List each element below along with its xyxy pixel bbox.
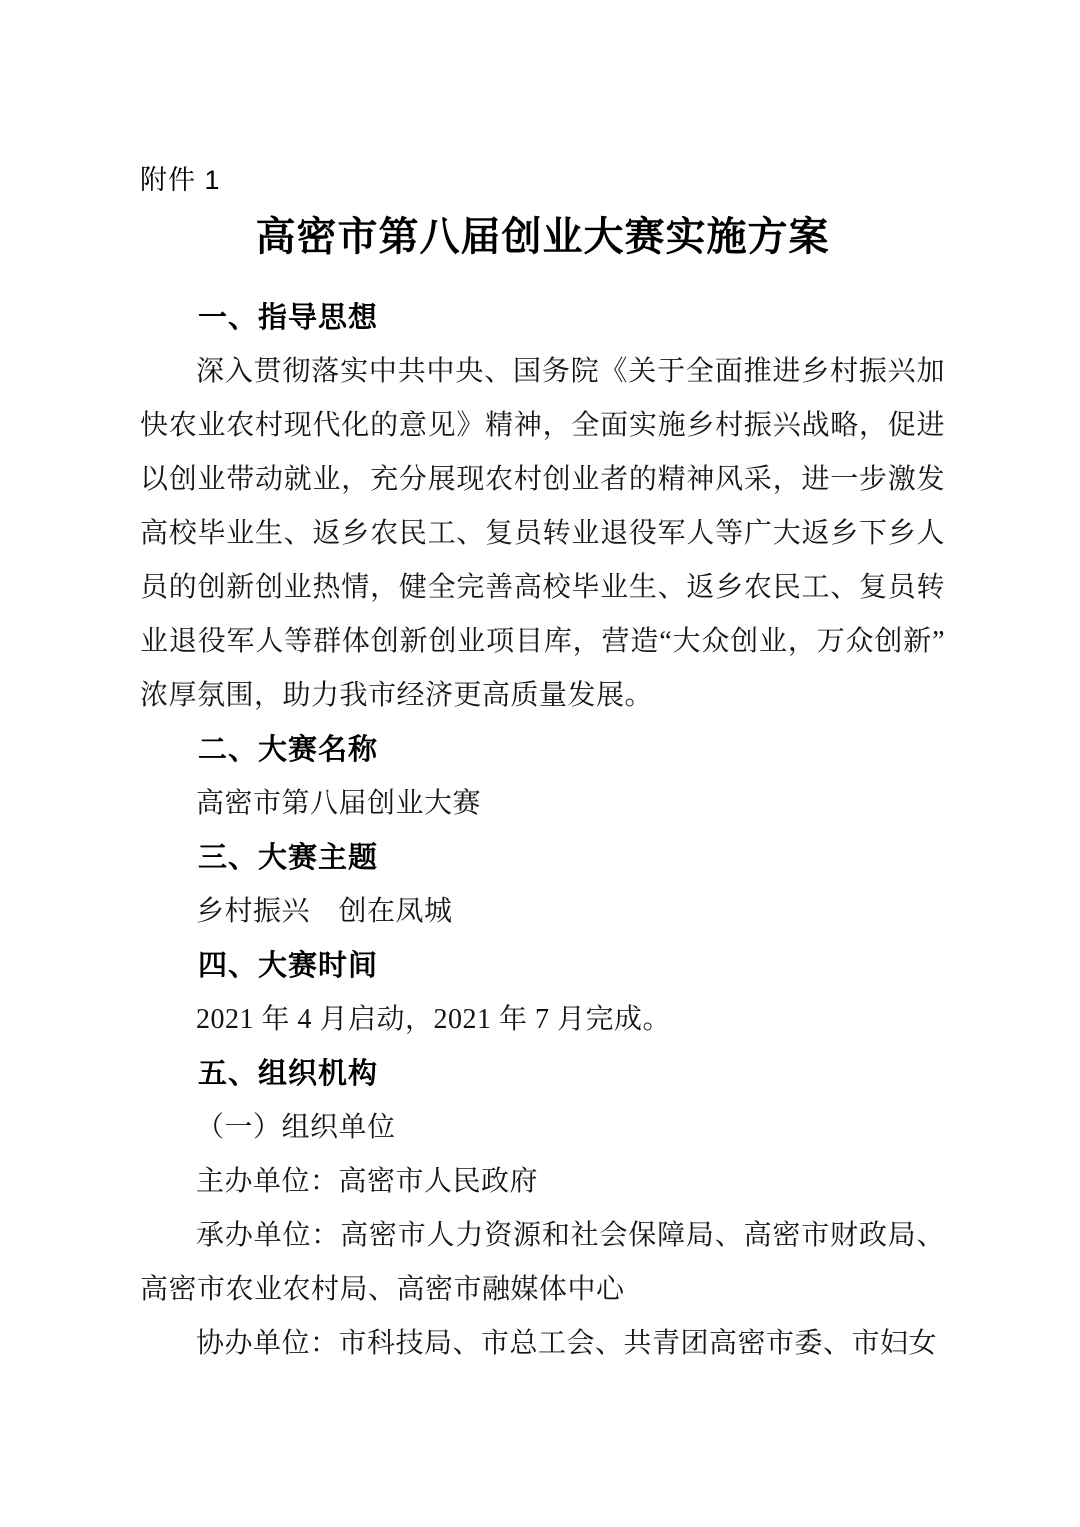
section-heading-competition-name: 二、大赛名称 — [140, 723, 945, 777]
attachment-label: 附件 1 — [140, 165, 945, 195]
paragraph-host-unit: 主办单位：高密市人民政府 — [140, 1155, 945, 1209]
paragraph-competition-time: 2021 年 4 月启动，2021 年 7 月完成。 — [140, 993, 945, 1047]
paragraph-co-organizer-units: 协办单位：市科技局、市总工会、共青团高密市委、市妇女 — [140, 1317, 945, 1371]
paragraph-competition-name: 高密市第八届创业大赛 — [140, 777, 945, 831]
paragraph-organizer-units: 承办单位：高密市人力资源和社会保障局、高密市财政局、高密市农业农村局、高密市融媒… — [140, 1209, 945, 1317]
subheading-organizing-units: （一）组织单位 — [140, 1101, 945, 1155]
paragraph-guiding-ideology: 深入贯彻落实中共中央、国务院《关于全面推进乡村振兴加快农业农村现代化的意见》精神… — [140, 345, 945, 723]
document-title: 高密市第八届创业大赛实施方案 — [140, 209, 945, 265]
section-heading-competition-time: 四、大赛时间 — [140, 939, 945, 993]
paragraph-competition-theme: 乡村振兴 创在凤城 — [140, 885, 945, 939]
section-heading-organization: 五、组织机构 — [140, 1047, 945, 1101]
section-heading-competition-theme: 三、大赛主题 — [140, 831, 945, 885]
document-body: 一、指导思想 深入贯彻落实中共中央、国务院《关于全面推进乡村振兴加快农业农村现代… — [140, 291, 945, 1371]
section-heading-guiding-ideology: 一、指导思想 — [140, 291, 945, 345]
document-page: 附件 1 高密市第八届创业大赛实施方案 一、指导思想 深入贯彻落实中共中央、国务… — [0, 0, 1080, 1527]
